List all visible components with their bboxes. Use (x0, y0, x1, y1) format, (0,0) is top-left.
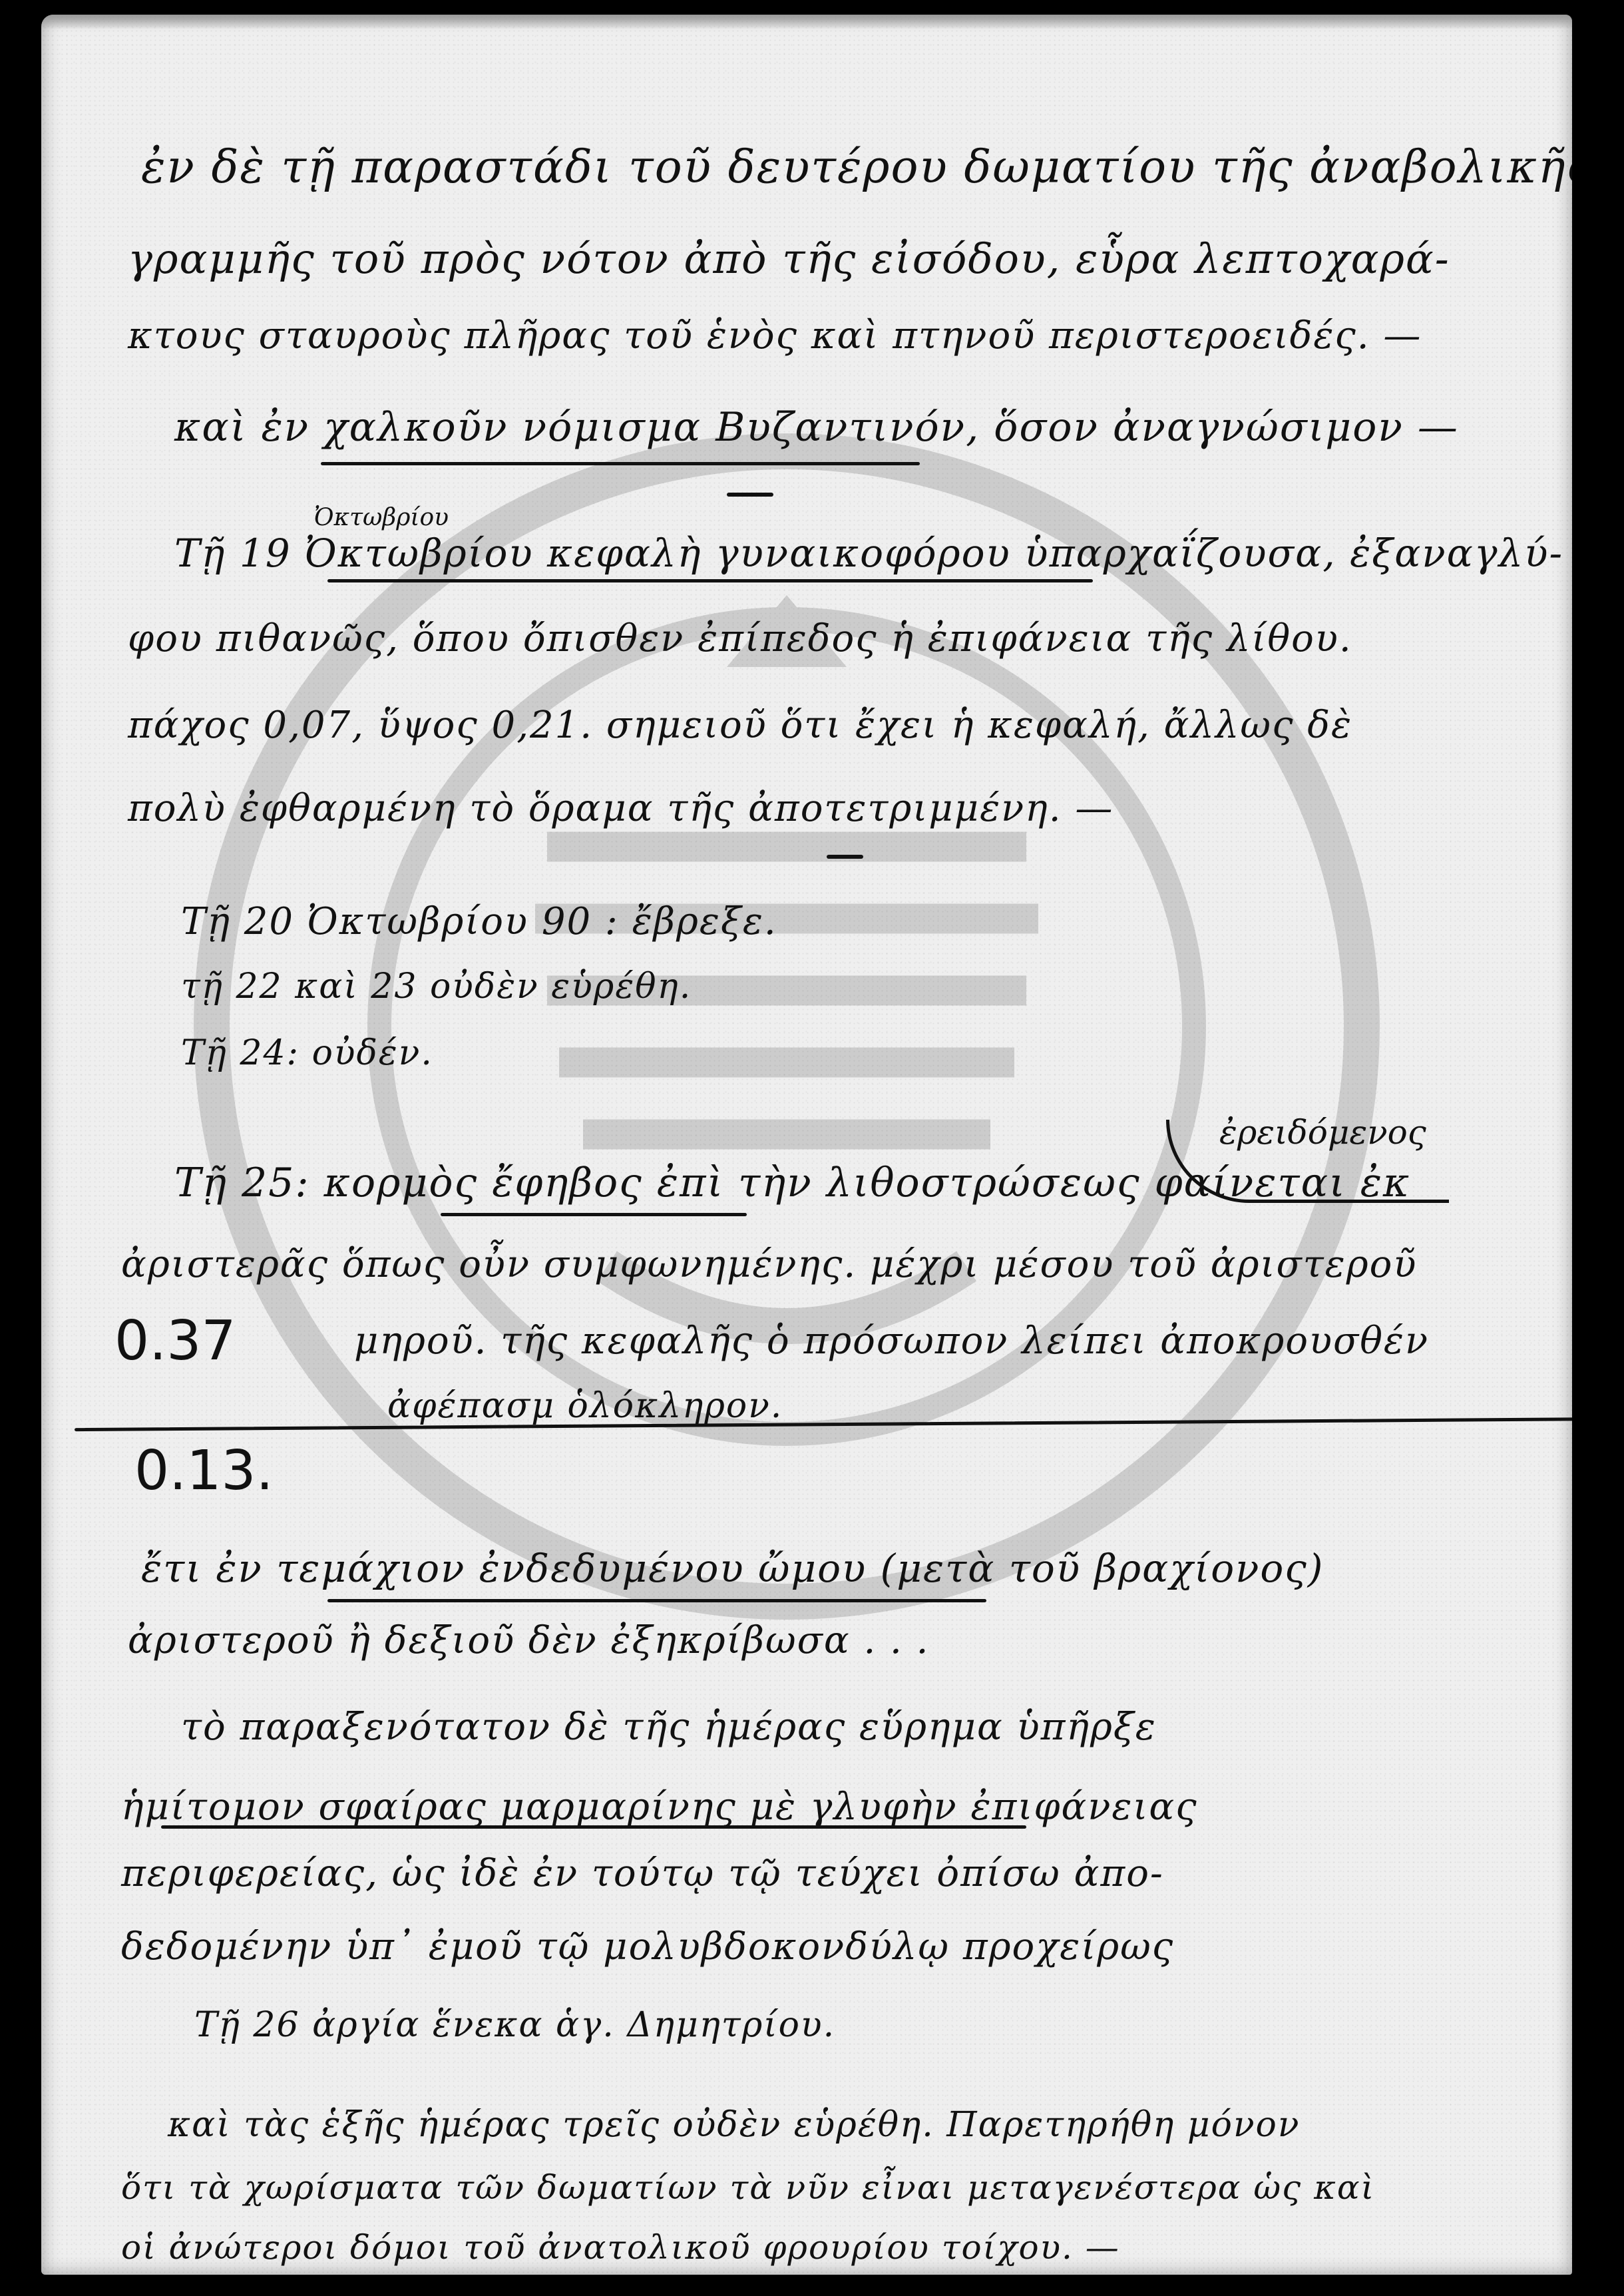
text-line-14: μηροῦ. τῆς κεφαλῆς ὁ πρόσωπον λείπει ἀπο… (354, 1319, 1429, 1363)
manuscript-page: ἐν δὲ τῇ παραστάδι τοῦ δευτέρου δωματίου… (41, 15, 1572, 2275)
text-line-20: περιφερείας, ὡς ἰδὲ ἐν τούτῳ τῷ τεύχει ὀ… (121, 1852, 1164, 1895)
underline-marble-hemisphere (161, 1825, 1026, 1829)
text-line-8: πολὺ ἐφθαρμένη τὸ ὅραμα τῆς ἀποτετριμμέν… (128, 787, 1114, 830)
text-line-11: Τῇ 24: οὐδέν. (181, 1033, 433, 1073)
text-line-22: Τῇ 26 ἀργία ἕνεκα ἁγ. Δημητρίου. (194, 2005, 835, 2045)
margin-measurement-013: 0.13. (134, 1439, 274, 1502)
superscript-october: Ὀκτωβρίου (314, 504, 449, 531)
text-line-1: ἐν δὲ τῇ παραστάδι τοῦ δευτέρου δωματίου… (141, 141, 1572, 194)
insertion-text: ἐρειδόμενος (1219, 1113, 1426, 1152)
text-line-21: δεδομένην ὑπ᾽ ἐμοῦ τῷ μολυβδοκονδύλῳ προ… (121, 1925, 1174, 1968)
text-line-9: Τῇ 20 Ὀκτωβρίου 90 : ἔβρεξε. (181, 900, 777, 943)
margin-measurement-037: 0.37 (114, 1309, 236, 1373)
underline-female-head (327, 579, 1093, 582)
underline-byzantine-coin (321, 462, 920, 465)
text-line-4: καὶ ἐν χαλκοῦν νόμισμα Βυζαντινόν, ὅσον … (174, 404, 1459, 451)
text-line-13: ἀριστερᾶς ὅπως οὖν συμφωνημένης. μέχρι μ… (121, 1243, 1417, 1286)
section-dash (827, 855, 863, 859)
text-line-6: φου πιθανῶς, ὅπου ὄπισθεν ἐπίπεδος ἡ ἐπι… (128, 617, 1352, 660)
text-line-25: οἱ ἀνώτεροι δόμοι τοῦ ἀνατολικοῦ φρουρίο… (121, 2228, 1120, 2267)
page-edge (41, 15, 1572, 29)
underline-ephebe-torso (441, 1213, 747, 1216)
text-line-10: τῇ 22 καὶ 23 οὐδὲν εὑρέθη. (181, 967, 692, 1007)
text-line-23: καὶ τὰς ἑξῆς ἡμέρας τρεῖς οὐδὲν εὑρέθη. … (168, 2105, 1300, 2145)
text-line-18: τὸ παραξενότατον δὲ τῆς ἡμέρας εὕρημα ὑπ… (181, 1706, 1157, 1749)
section-dash (727, 493, 773, 497)
text-line-19: ἡμίτομον σφαίρας μαρμαρίνης μὲ γλυφὴν ἐπ… (121, 1785, 1198, 1829)
text-line-16: ἔτι ἐν τεμάχιον ἐνδεδυμένου ὤμου (μετὰ τ… (141, 1546, 1324, 1591)
text-line-7: πάχος 0,07, ὕψος 0,21. σημειοῦ ὅτι ἔχει … (128, 704, 1352, 747)
text-line-15: ἀφέπασμ ὁλόκληρον. (387, 1386, 783, 1426)
underline-shoulder-fragment (327, 1599, 986, 1602)
text-line-3: κτους σταυροὺς πλῆρας τοῦ ἑνὸς καὶ πτηνο… (128, 314, 1422, 357)
text-line-17: ἀριστεροῦ ἢ δεξιοῦ δὲν ἐξηκρίβωσα . . . (128, 1619, 929, 1662)
text-line-5: Τῇ 19 Ὀκτωβρίου κεφαλὴ γυναικοφόρου ὑπαρ… (174, 531, 1563, 576)
text-line-24: ὅτι τὰ χωρίσματα τῶν δωματίων τὰ νῦν εἶν… (121, 2168, 1375, 2207)
text-line-12: Τῇ 25: κορμὸς ἔφηβος ἐπὶ τὴν λιθοστρώσεω… (174, 1160, 1410, 1206)
text-line-2: γραμμῆς τοῦ πρὸς νότον ἀπὸ τῆς εἰσόδου, … (128, 234, 1450, 283)
library-seal-watermark (188, 427, 1386, 1626)
